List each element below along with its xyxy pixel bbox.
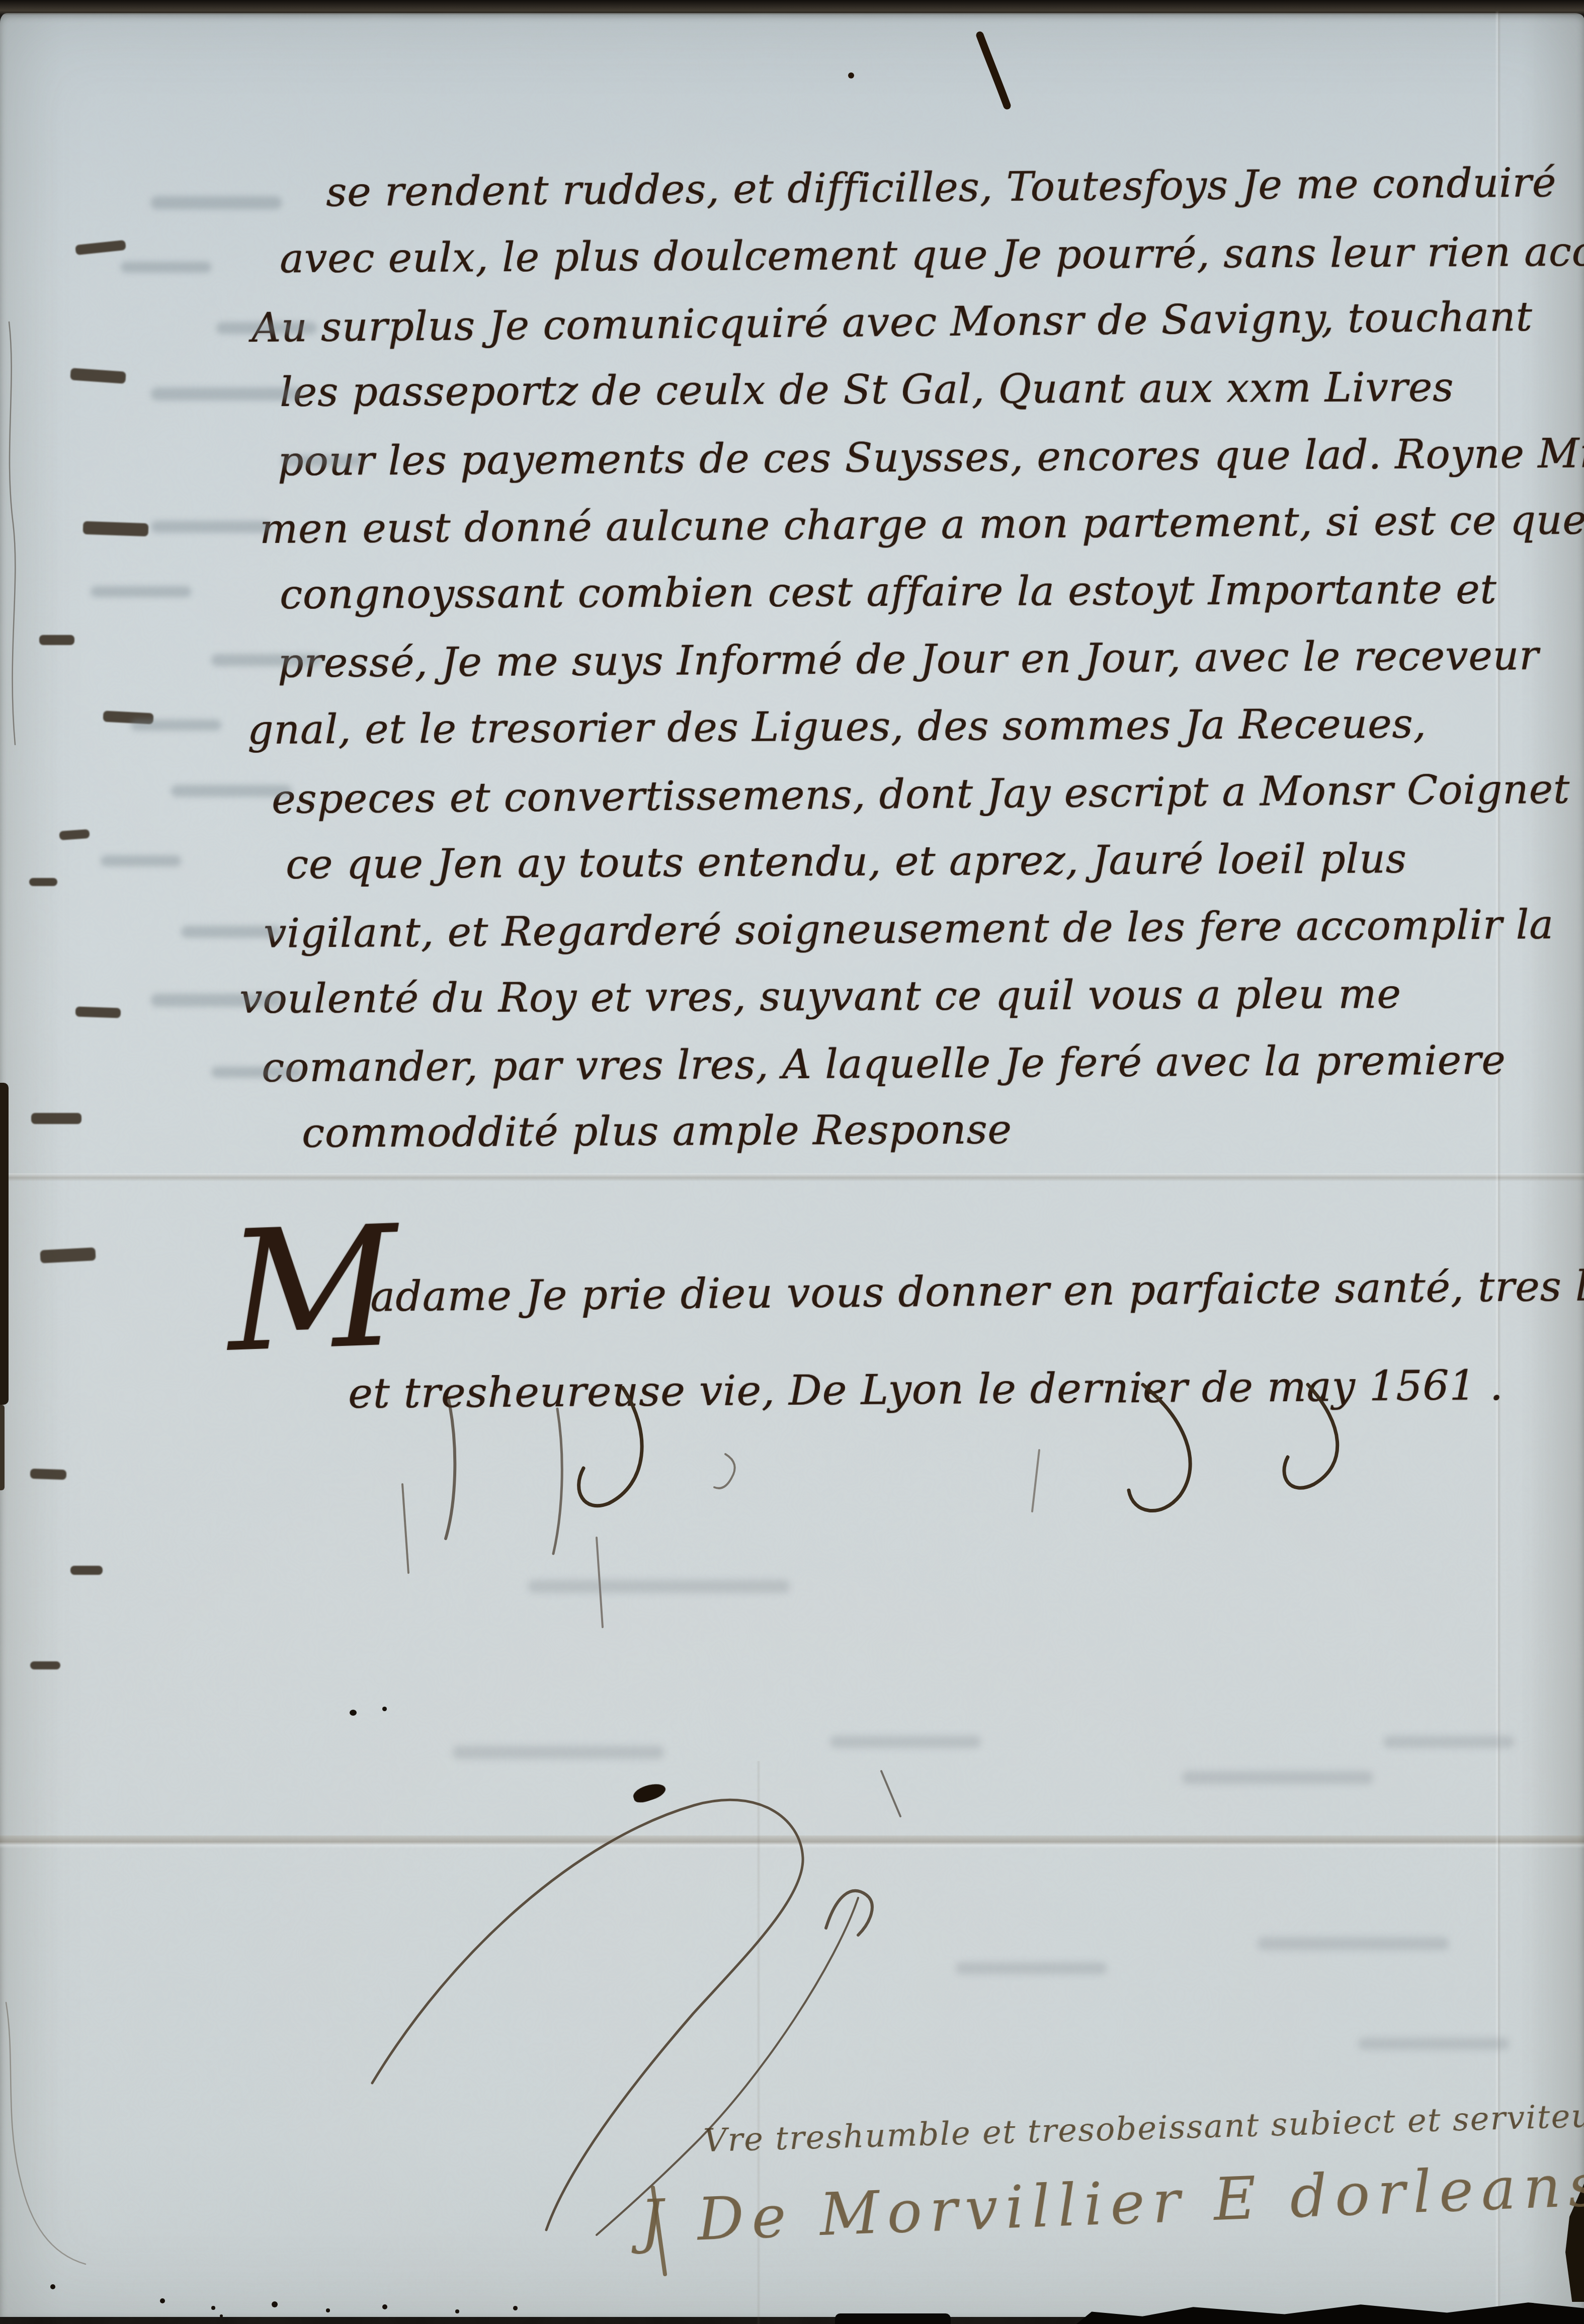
stray-stroke [1032, 1450, 1039, 1511]
paper-crack [6, 2002, 86, 2264]
stray-stroke [881, 1771, 900, 1816]
stray-stroke [714, 1454, 735, 1488]
ink-flourishes [0, 0, 1584, 2324]
descender-flourish [446, 1400, 455, 1539]
descender-flourish [579, 1388, 642, 1506]
descender-flourish [1129, 1385, 1190, 1511]
paper-crack [9, 322, 15, 745]
paraph-flourish [372, 1800, 803, 2230]
stray-stroke [402, 1484, 408, 1573]
ink-fleck [848, 72, 854, 78]
descender-flourish [553, 1409, 562, 1554]
descender-flourish [1284, 1385, 1338, 1488]
paraph-flourish [826, 1891, 872, 1935]
signature-tick [653, 2188, 665, 2274]
photograph-of-letter: se rendent ruddes, et difficilles, Toute… [0, 0, 1584, 2324]
paraph-flourish [597, 1898, 858, 2235]
ink-stroke [980, 35, 1007, 106]
